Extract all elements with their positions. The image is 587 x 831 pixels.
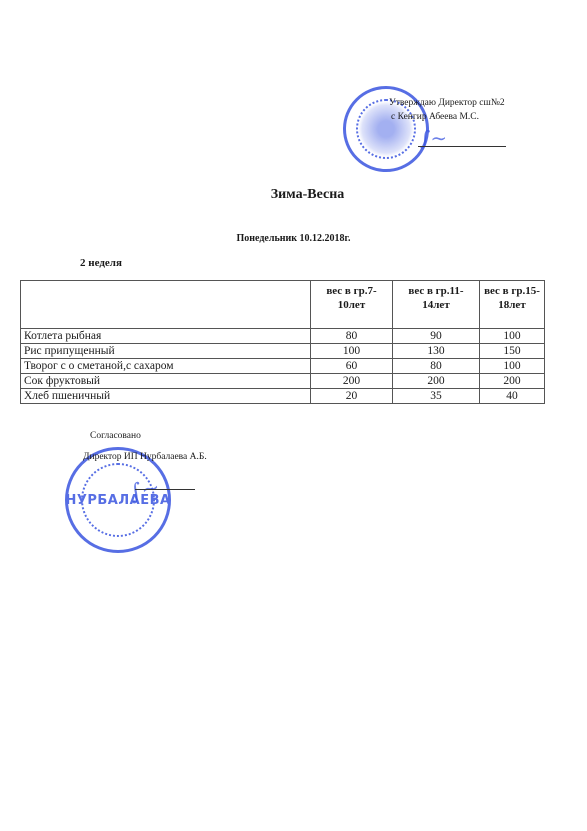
weight-11-14: 130	[393, 344, 480, 359]
weight-7-10: 200	[311, 374, 393, 389]
weight-15-18: 100	[480, 329, 545, 344]
agreement-signer: Директор ИП Нурбалаева А.Б.	[83, 452, 207, 462]
weight-7-10: 100	[311, 344, 393, 359]
weight-11-14: 35	[393, 389, 480, 404]
table-row: Рис припущенный100130150	[21, 344, 545, 359]
agreement-label: Согласовано	[90, 431, 141, 441]
table-row: Котлета рыбная8090100	[21, 329, 545, 344]
dish-name: Сок фруктовый	[21, 374, 311, 389]
document-title: Зима-Весна	[0, 187, 587, 203]
approval-signer: с Кенгир Абеева М.С.	[391, 112, 479, 122]
table-row: Хлеб пшеничный203540	[21, 389, 545, 404]
header-age-15-18: вес в гр.15-18лет	[480, 281, 545, 329]
dish-name: Хлеб пшеничный	[21, 389, 311, 404]
weight-15-18: 100	[480, 359, 545, 374]
weight-11-14: 80	[393, 359, 480, 374]
approval-line: Утверждаю Директор сш№2	[389, 98, 505, 108]
table-row: Сок фруктовый200200200	[21, 374, 545, 389]
menu-table: вес в гр.7-10лет вес в гр.11-14лет вес в…	[20, 280, 545, 404]
header-age-11-14: вес в гр.11-14лет	[393, 281, 480, 329]
dish-name: Творог с о сметаной,с сахаром	[21, 359, 311, 374]
weight-11-14: 90	[393, 329, 480, 344]
dish-name: Котлета рыбная	[21, 329, 311, 344]
weight-7-10: 80	[311, 329, 393, 344]
table-row: Творог с о сметаной,с сахаром6080100	[21, 359, 545, 374]
week-label: 2 неделя	[80, 257, 122, 269]
weight-7-10: 20	[311, 389, 393, 404]
signature-underline	[418, 146, 506, 147]
header-dish	[21, 281, 311, 329]
stamp-emblem	[356, 99, 416, 159]
weight-7-10: 60	[311, 359, 393, 374]
table-header-row: вес в гр.7-10лет вес в гр.11-14лет вес в…	[21, 281, 545, 329]
signature-underline	[135, 489, 195, 490]
weight-15-18: 200	[480, 374, 545, 389]
weight-15-18: 150	[480, 344, 545, 359]
dish-name: Рис припущенный	[21, 344, 311, 359]
document-date: Понедельник 10.12.2018г.	[0, 233, 587, 244]
header-age-7-10: вес в гр.7-10лет	[311, 281, 393, 329]
weight-15-18: 40	[480, 389, 545, 404]
weight-11-14: 200	[393, 374, 480, 389]
